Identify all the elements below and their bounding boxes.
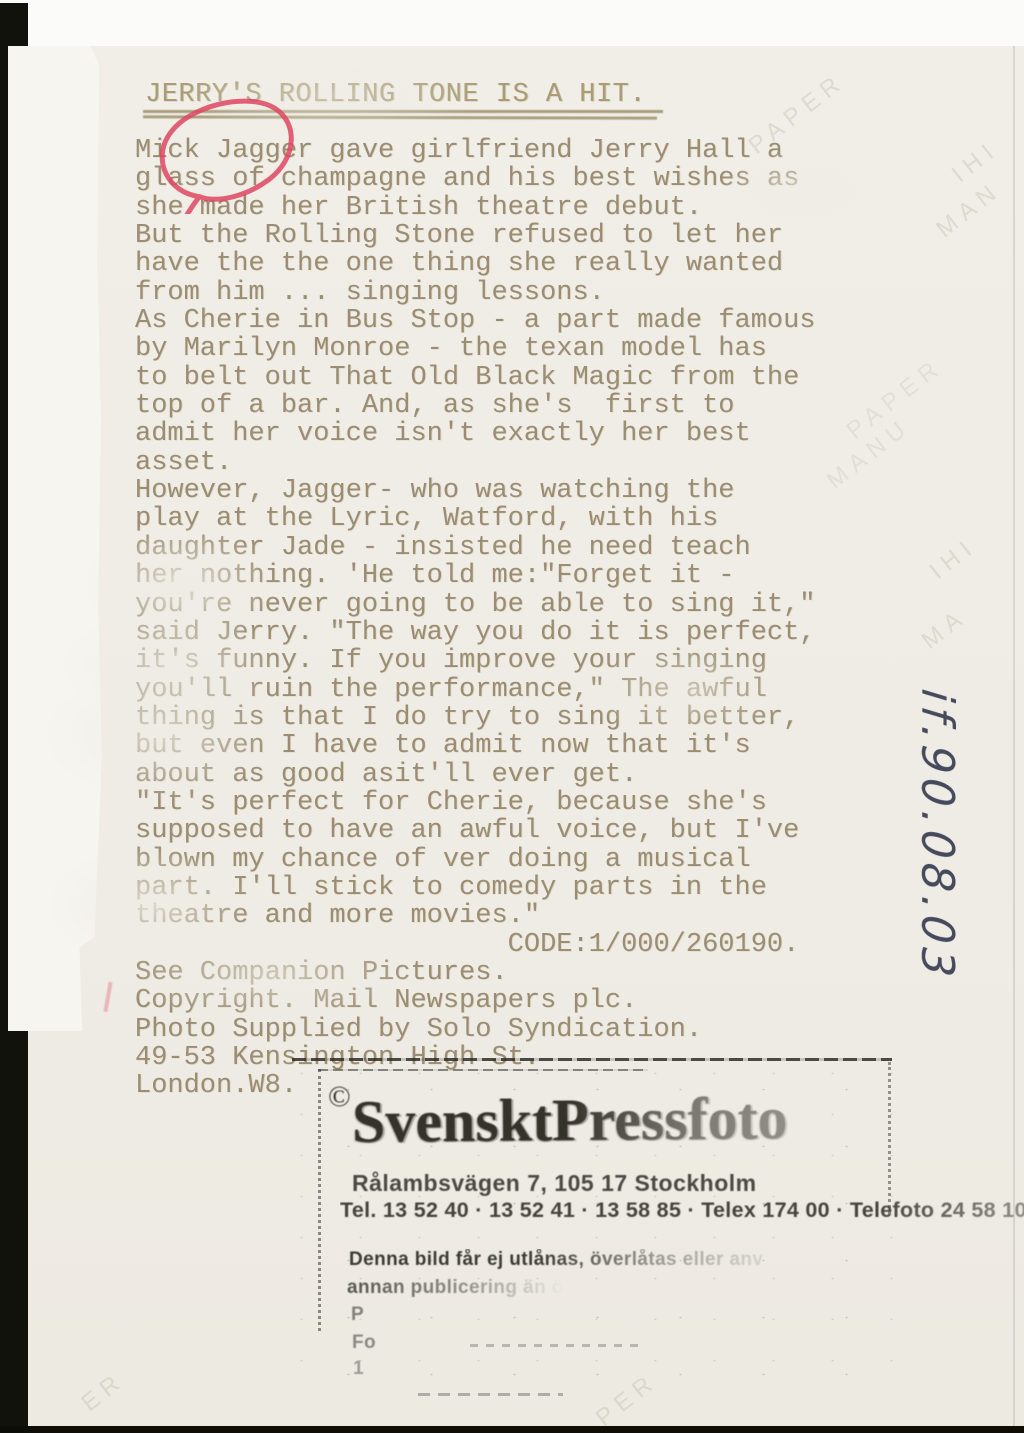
typewritten-line: you're never going to be able to sing it…: [135, 591, 816, 619]
typewritten-line: asset.: [135, 449, 816, 477]
paper-watermark: MA: [917, 603, 974, 656]
typewritten-line: As Cherie in Bus Stop - a part made famo…: [135, 307, 816, 335]
faded-stamp-text-trace: [418, 1393, 563, 1396]
red-pen-circle-annotation: [150, 96, 310, 214]
typewritten-line: CODE:1/000/260190.: [135, 931, 816, 959]
typewritten-line: have the the one thing she really wanted: [135, 250, 816, 278]
typewritten-line: but even I have to admit now that it's: [135, 732, 816, 760]
pink-pen-smudge: [103, 982, 112, 1012]
typewritten-line: by Marilyn Monroe - the texan model has: [135, 335, 816, 363]
typewritten-line: to belt out That Old Black Magic from th…: [135, 364, 816, 392]
typewritten-line: about as good asit'll ever get.: [135, 761, 816, 789]
typewritten-line: However, Jagger- who was watching the: [135, 477, 816, 505]
paper-watermark: ER: [76, 1366, 131, 1417]
typewritten-line: from him ... singing lessons.: [135, 279, 816, 307]
typewritten-line: part. I'll stick to comedy parts in the: [135, 874, 816, 902]
paper-watermark: IHI: [947, 135, 1005, 189]
torn-paper-strip: [8, 46, 102, 1031]
typewritten-line: you'll ruin the performance," The awful: [135, 676, 816, 704]
typewritten-line: admit her voice isn't exactly her best: [135, 420, 816, 448]
typewritten-line: her nothing. 'He told me:"Forget it -: [135, 562, 816, 590]
typewritten-line: Photo Supplied by Solo Syndication.: [135, 1016, 816, 1044]
typewritten-line: thing is that I do try to sing it better…: [135, 704, 816, 732]
typewritten-line: daughter Jade - insisted he need teach: [135, 534, 816, 562]
typewritten-line: See Companion Pictures.: [135, 959, 816, 987]
typewritten-line: blown my chance of ver doing a musical: [135, 846, 816, 874]
typewritten-article: Mick Jagger gave girlfriend Jerry Hall a…: [135, 137, 816, 1101]
stamp-ink-speckles: [300, 1050, 920, 1380]
typewritten-line: top of a bar. And, as she's first to: [135, 392, 816, 420]
scanned-press-photo-reverse: JERRY'S ROLLING TONE IS A HIT. Mick Jagg…: [0, 0, 1024, 1433]
paper-watermark: MAN: [931, 176, 1007, 244]
typewritten-line: Copyright. Mail Newspapers plc.: [135, 987, 816, 1015]
typewritten-line: But the Rolling Stone refused to let her: [135, 222, 816, 250]
typewritten-line: it's funny. If you improve your singing: [135, 647, 816, 675]
handwritten-reference-number: if.90.08.03: [911, 687, 962, 984]
scanner-bed-top: [0, 0, 1024, 46]
typewritten-line: play at the Lyric, Watford, with his: [135, 505, 816, 533]
typewritten-line: supposed to have an awful voice, but I'v…: [135, 817, 816, 845]
typewritten-line: said Jerry. "The way you do it is perfec…: [135, 619, 816, 647]
typewritten-line: "It's perfect for Cherie, because she's: [135, 789, 816, 817]
typewritten-line: theatre and more movies.": [135, 902, 816, 930]
paper-watermark: IHI: [925, 532, 983, 586]
scan-edge-bottom: [0, 1426, 1024, 1433]
